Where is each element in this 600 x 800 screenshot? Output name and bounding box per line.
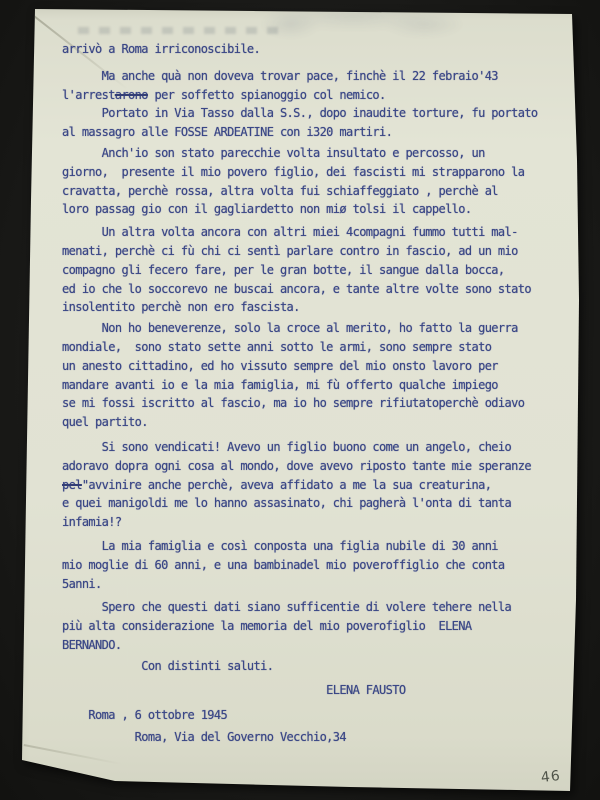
letter-line: arrivò a Roma irriconoscibile. [62, 40, 554, 59]
letter-line: cravatta, perchè rossa, altra volta fui … [62, 182, 554, 201]
letter-line: Non ho beneverenze, solo la croce al mer… [62, 319, 554, 338]
letter-line: quel partito. [62, 413, 554, 432]
letter-line: se mi fossi iscritto al fascio, ma io ho… [62, 394, 554, 413]
letter-line: e quei manigoldi me lo hanno assasinato,… [62, 494, 554, 513]
letter-line: Un altra volta ancora con altri miei 4co… [62, 223, 554, 242]
letter-line: l'arrestarono per soffetto spianoggio co… [62, 86, 554, 105]
struck-text: pel [62, 478, 82, 492]
letter-line: La mia famiglia e così conposta una figl… [62, 537, 554, 556]
letter-line: infamia!? [62, 513, 554, 532]
letter-line: pel"avvinire anche perchè, aveva affidat… [62, 476, 554, 495]
letter-line: insolentito perchè non ero fascista. [62, 298, 554, 317]
scan-background: { "page": { "background_color": "#1b1b19… [0, 0, 600, 800]
archive-page-number: 46 [540, 768, 562, 786]
letter-line: adoravo dopra ogni cosa al mondo, dove a… [62, 457, 554, 476]
paper-crease [24, 744, 123, 765]
letter-line: compagno gli fecero fare, per le gran bo… [62, 261, 554, 280]
letter-line: al massagro alle FOSSE ARDEATINE con i32… [62, 123, 554, 142]
bleedthrough-mark [248, 0, 483, 44]
letter-line: ed io che lo soccorevo ne buscai ancora,… [62, 280, 554, 299]
letter-line: Portato in Via Tasso dalla S.S., dopo in… [62, 104, 554, 123]
letter-line: Roma, Via del Governo Vecchio,34 [62, 728, 554, 747]
letter-line: menati, perchè ci fù chi ci sentì parlar… [62, 242, 554, 261]
letter-line: mondiale, sono stato sette anni sotto le… [62, 338, 554, 357]
scan-stage: arrivò a Roma irriconoscibile. Ma anche … [0, 0, 600, 800]
letter-line: Anch'io son stato parecchie volta insult… [62, 144, 554, 163]
letter-line: loro passag gio con il gagliardetto non … [62, 200, 554, 219]
letter-line: ELENA FAUSTO [62, 681, 554, 700]
letter-line: un anesto cittadino, ed ho vissuto sempr… [62, 357, 554, 376]
letter-line: 5anni. [62, 575, 554, 594]
letter-line: BERNANDO. [62, 636, 554, 655]
letter-line: Spero che questi dati siano sufficentie … [62, 598, 554, 617]
paper-shadow: arrivò a Roma irriconoscibile. Ma anche … [0, 0, 600, 800]
letter-line: giorno, presente il mio povero figlio, d… [62, 163, 554, 182]
letter-paper: arrivò a Roma irriconoscibile. Ma anche … [0, 0, 600, 800]
letter-line: Ma anche quà non doveva trovar pace, fin… [62, 67, 554, 86]
bleedthrough-mark [78, 27, 288, 34]
letter-line: Con distinti saluti. [62, 657, 554, 676]
letter-body: arrivò a Roma irriconoscibile. Ma anche … [62, 40, 554, 747]
letter-line: mio moglie di 60 anni, e una bambinadel … [62, 556, 554, 575]
letter-line: mandare avanti io e la mia famiglia, mi … [62, 376, 554, 395]
letter-line: Si sono vendicati! Avevo un figlio buono… [62, 438, 554, 457]
letter-line: Roma , 6 ottobre 1945 [62, 706, 554, 725]
struck-text: arono [115, 88, 148, 102]
letter-line: più alta considerazione la memoria del m… [62, 617, 554, 636]
